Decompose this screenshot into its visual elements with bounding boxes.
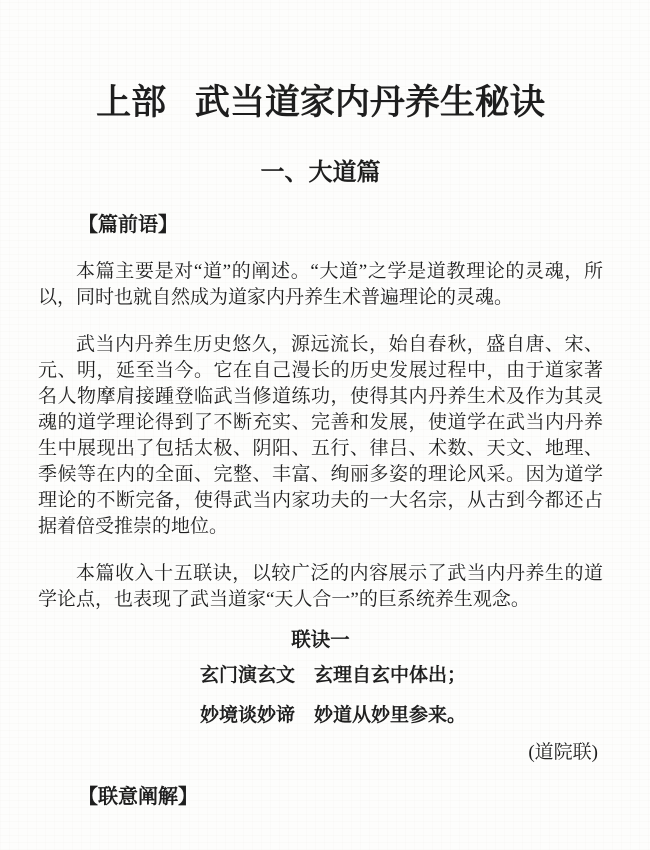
chapter-title: 一、大道篇 xyxy=(38,160,603,186)
couplet-line-2: 妙境谈妙谛 妙道从妙里参来。 xyxy=(200,703,603,729)
preface-paragraph-3: 本篇收入十五联诀，以较广泛的内容展示了武当内丹养生的道学论点，也表现了武当道家“… xyxy=(38,561,603,613)
couplet-line-1: 玄门演玄文 玄理自玄中体出； xyxy=(200,663,603,689)
preface-paragraph-1: 本篇主要是对“道”的阐述。“大道”之学是道教理论的灵魂，所以，同时也就自然成为道… xyxy=(38,259,603,311)
couplet-title: 联诀一 xyxy=(38,628,603,654)
explanation-section-header: 【联意阐解】 xyxy=(38,784,603,810)
preface-paragraph-2: 武当内丹养生历史悠久，源远流长，始自春秋，盛自唐、宋、元、明，延至当今。它在自己… xyxy=(38,332,603,540)
preface-section-header: 【篇前语】 xyxy=(38,212,603,238)
couplet-attribution: (道院联) xyxy=(38,740,598,766)
part-title: 上部 武当道家内丹养生秘诀 xyxy=(38,0,603,122)
book-page: 上部 武当道家内丹养生秘诀 一、大道篇 【篇前语】 本篇主要是对“道”的阐述。“… xyxy=(0,0,650,850)
